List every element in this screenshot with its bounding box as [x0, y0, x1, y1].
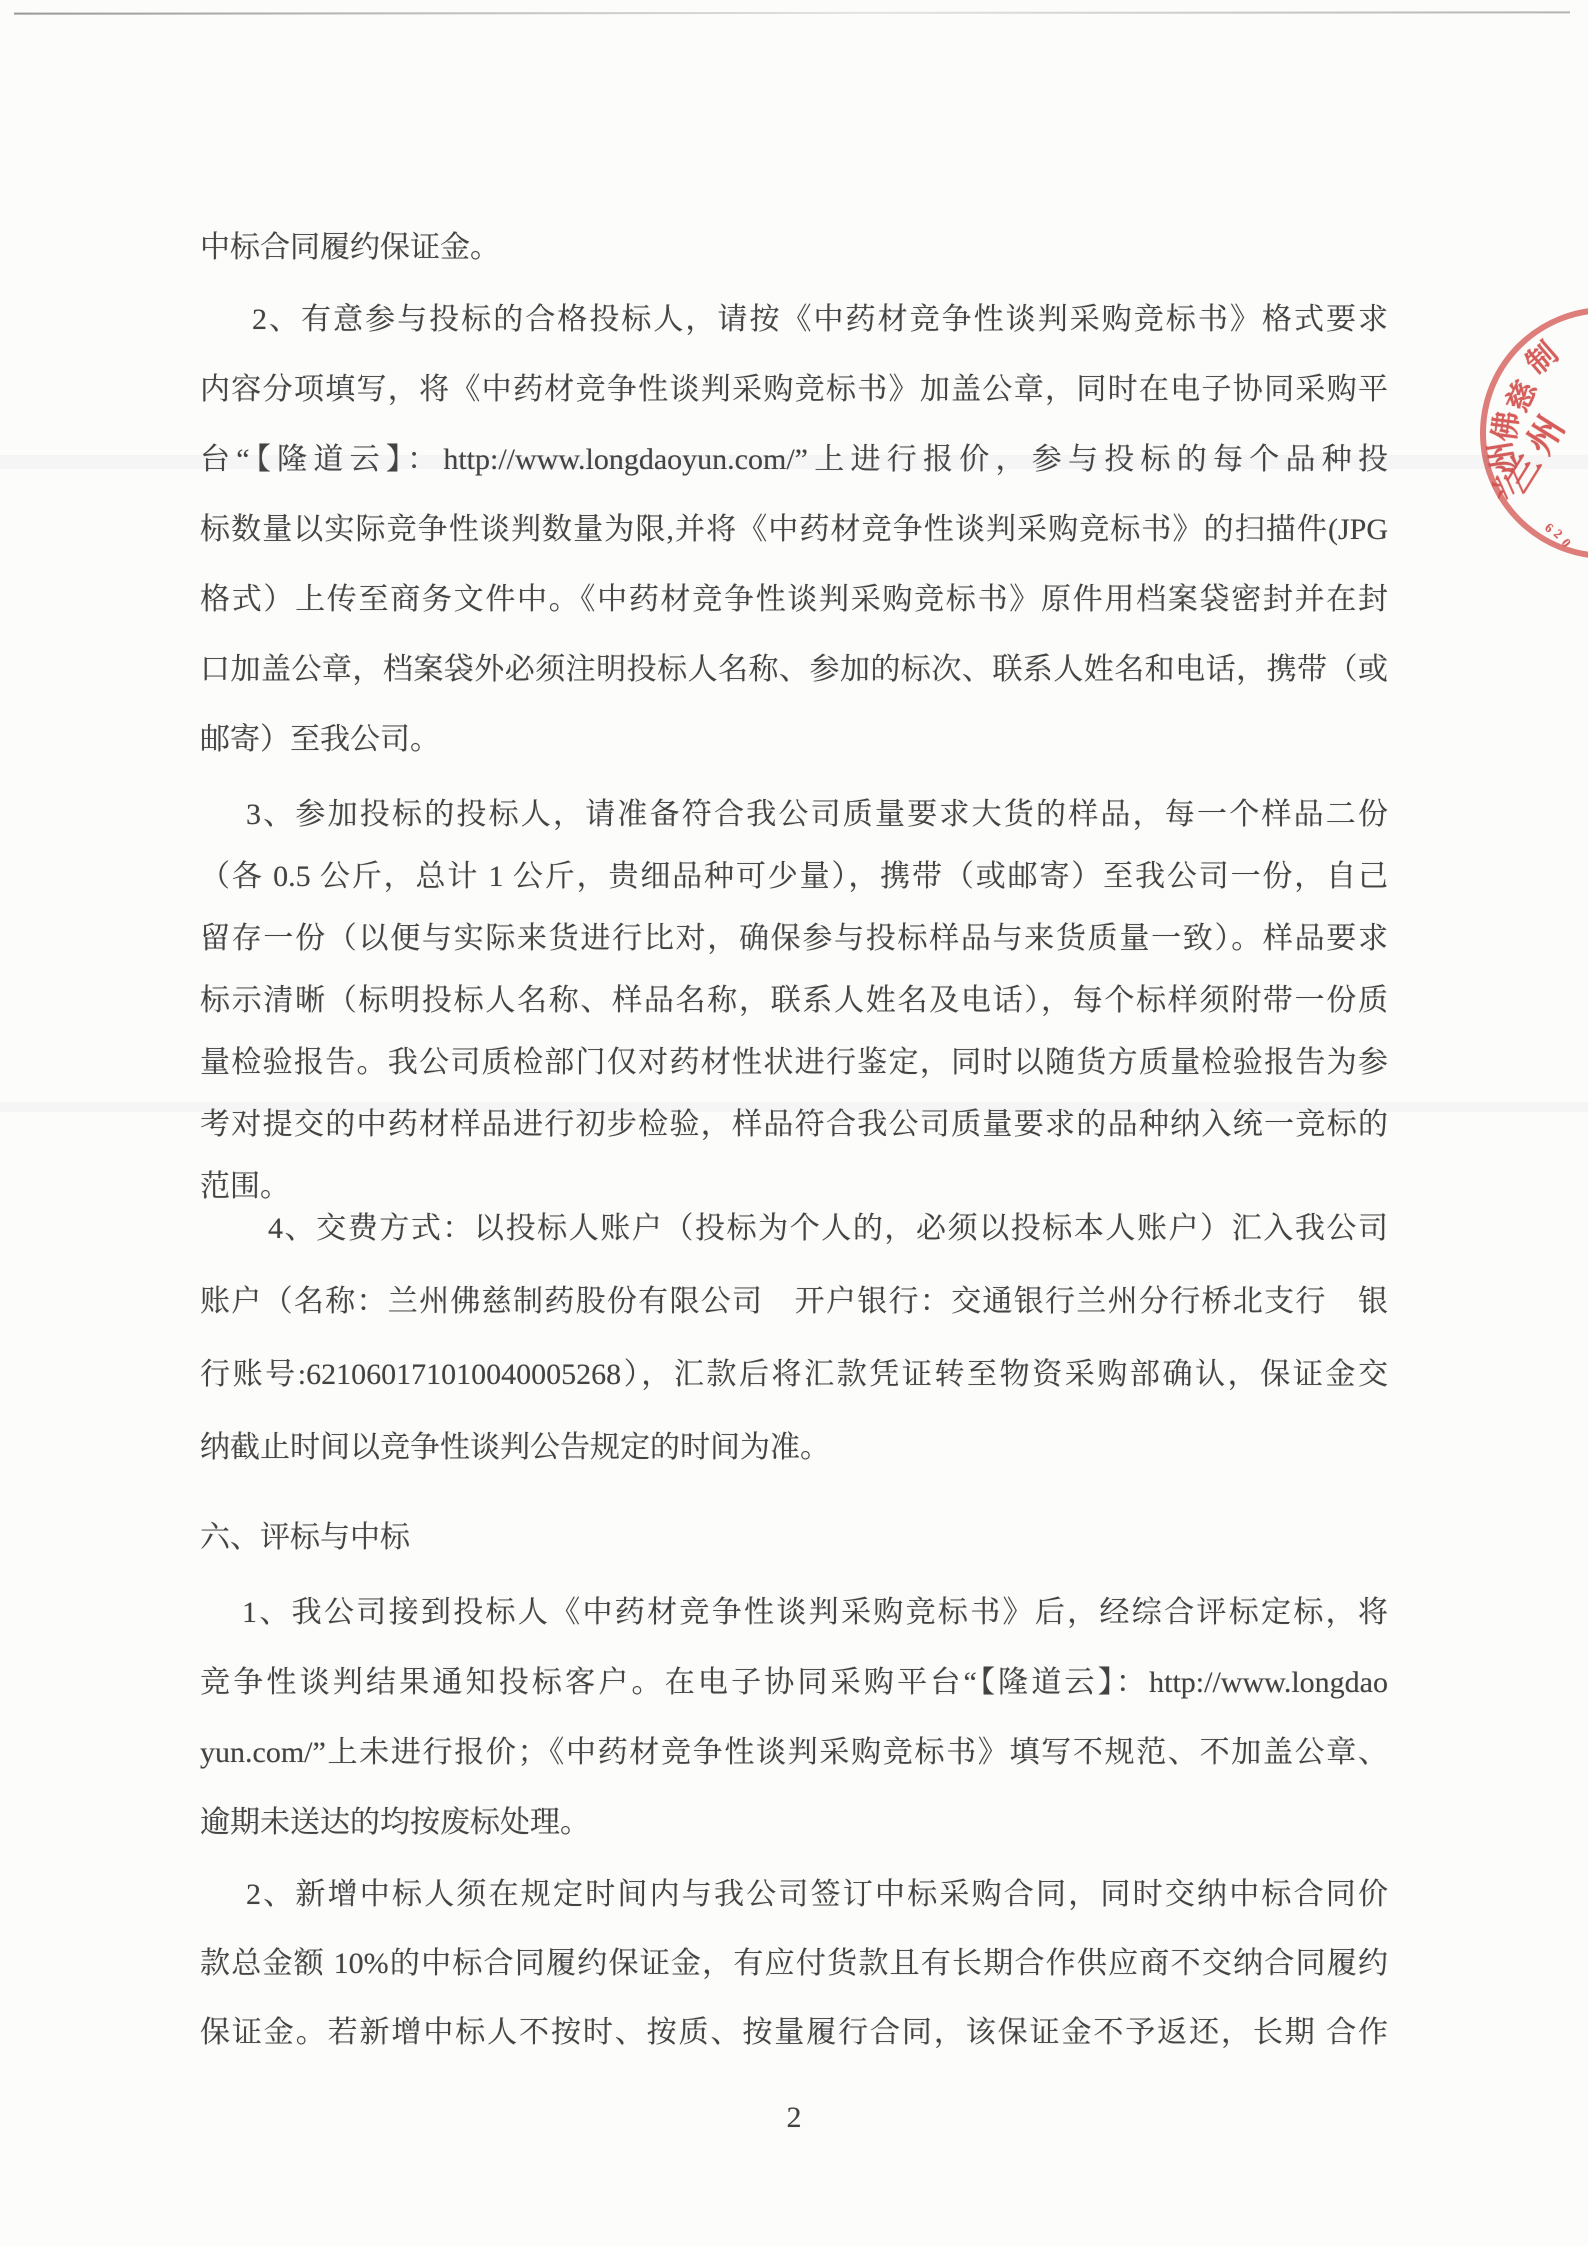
paragraph-5: 1、我公司接到投标人《中药材竞争性谈判采购竞标书》后，经综合评标定标，将 竞争性…: [200, 1578, 1388, 1858]
paragraph-3: 3、参加投标的投标人，请准备符合我公司质量要求大货的样品，每一个样品二份 （各 …: [200, 784, 1388, 1218]
text-line: 量检验报告。我公司质检部门仅对药材性状进行鉴定，同时以随货方质量检验报告为参: [200, 1032, 1388, 1094]
paragraph-2: 2、有意参与投标的合格投标人，请按《中药材竞争性谈判采购竞标书》格式要求 内容分…: [200, 285, 1388, 775]
text-line: 中标合同履约保证金。: [200, 213, 1388, 283]
text-line: 格式）上传至商务文件中。《中药材竞争性谈判采购竞标书》原件用档案袋密封并在封: [200, 565, 1388, 635]
seal-character: 兰: [1480, 463, 1532, 508]
text-line: 1、我公司接到投标人《中药材竞争性谈判采购竞标书》后，经综合评标定标，将: [200, 1578, 1388, 1648]
text-line: 竞争性谈判结果通知投标客户。在电子协同采购平台“【隆道云】：http://www…: [200, 1648, 1388, 1718]
text-line: 内容分项填写，将《中药材竞争性谈判采购竞标书》加盖公章，同时在电子协同采购平: [200, 355, 1388, 425]
scan-artifact-line: [14, 11, 1570, 14]
seal-digit: 6: [1542, 520, 1557, 537]
text-line: 账户（名称：兰州佛慈制药股份有限公司 开户银行：交通银行兰州分行桥北支行 银: [200, 1265, 1388, 1338]
seal-digit: 2: [1550, 526, 1566, 542]
paragraph-6: 2、新增中标人须在规定时间内与我公司签订中标采购合同，同时交纳中标合同价 款总金…: [200, 1860, 1388, 2067]
seal-character: 佛: [1479, 408, 1526, 443]
section-heading-text: 六、评标与中标: [200, 1503, 1388, 1573]
seal-digit: 0: [1558, 535, 1575, 550]
text-line: （各 0.5 公斤，总计 1 公斤，贵细品种可少量），携带（或邮寄）至我公司一份…: [200, 846, 1388, 908]
text-line: 2、有意参与投标的合格投标人，请按《中药材竞争性谈判采购竞标书》格式要求: [200, 285, 1388, 355]
text-line: 3、参加投标的投标人，请准备符合我公司质量要求大货的样品，每一个样品二份: [200, 784, 1388, 846]
paragraph-4: 4、交费方式：以投标人账户（投标为个人的，必须以投标本人账户）汇入我公司 账户（…: [200, 1192, 1388, 1484]
text-line: 逾期未送达的均按废标处理。: [200, 1788, 1388, 1858]
text-line: 2、新增中标人须在规定时间内与我公司签订中标采购合同，同时交纳中标合同价: [200, 1860, 1388, 1929]
text-line: 行账号:621060171010040005268），汇款后将汇款凭证转至物资采…: [200, 1338, 1388, 1411]
page-number: 2: [0, 2098, 1588, 2138]
seal-inner-text: 兰州: [1489, 398, 1579, 500]
text-line: yun.com/”上未进行报价；《中药材竞争性谈判采购竞标书》填写不规范、不加盖…: [200, 1718, 1388, 1788]
paragraph-carryover: 中标合同履约保证金。: [200, 213, 1388, 283]
text-line: 保证金。若新增中标人不按时、按质、按量履行合同，该保证金不予返还，长期 合作: [200, 1998, 1388, 2067]
text-line: 考对提交的中药材样品进行初步检验，样品符合我公司质量要求的品种纳入统一竞标的: [200, 1094, 1388, 1156]
company-seal: 兰 州 佛 慈 制 兰州 6 2 0: [1480, 307, 1588, 559]
text-line: 纳截止时间以竞争性谈判公告规定的时间为准。: [200, 1411, 1388, 1484]
text-line: 留存一份（以便与实际来货进行比对，确保参与投标样品与来货质量一致）。样品要求: [200, 908, 1388, 970]
text-line: 4、交费方式：以投标人账户（投标为个人的，必须以投标本人账户）汇入我公司: [200, 1192, 1388, 1265]
text-line: 款总金额 10%的中标合同履约保证金，有应付货款且有长期合作供应商不交纳合同履约: [200, 1929, 1388, 1998]
section-heading: 六、评标与中标: [200, 1503, 1388, 1573]
text-line: 邮寄）至我公司。: [200, 705, 1388, 775]
text-line: 标示清晰（标明投标人名称、样品名称，联系人姓名及电话），每个标样须附带一份质: [200, 970, 1388, 1032]
seal-character: 制: [1514, 330, 1566, 383]
text-line: 标数量以实际竞争性谈判数量为限,并将《中药材竞争性谈判采购竞标书》的扫描件(JP…: [200, 495, 1388, 565]
text-line: 口加盖公章，档案袋外必须注明投标人名称、参加的标次、联系人姓名和电话，携带（或: [200, 635, 1388, 705]
scanned-document-page: 中标合同履约保证金。 2、有意参与投标的合格投标人，请按《中药材竞争性谈判采购竞…: [0, 0, 1588, 2246]
text-line: 台“【隆道云】：http://www.longdaoyun.com/”上进行报价…: [200, 425, 1388, 495]
seal-character: 慈: [1493, 372, 1546, 418]
